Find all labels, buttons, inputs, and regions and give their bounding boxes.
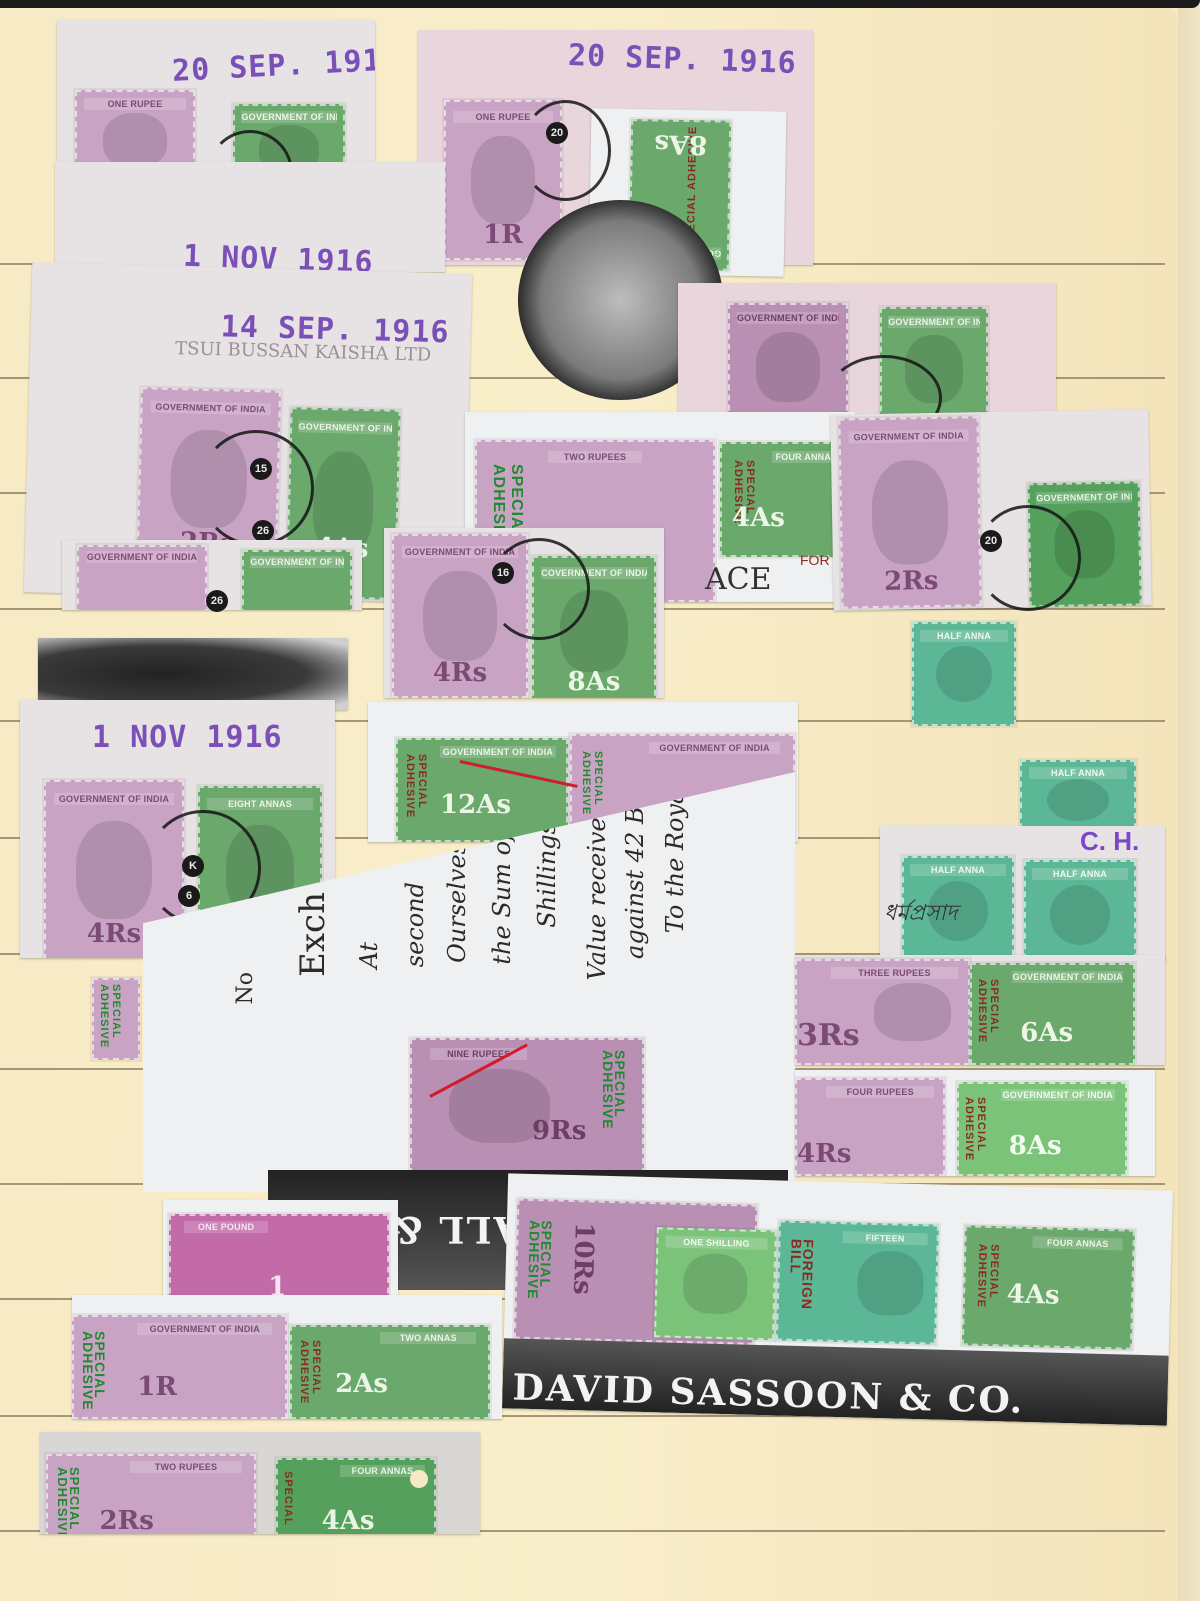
handstamp: C. H. bbox=[1080, 826, 1139, 857]
stamp-four-rupees: FOUR RUPEES 4Rs bbox=[795, 1078, 945, 1176]
stamp-nine-rupees: NINE RUPEES SPECIAL ADHESIVE 9Rs bbox=[410, 1038, 644, 1174]
stamp-four-annas: GOVERNMENT OF INDIA bbox=[242, 550, 352, 610]
document-piece: SPECIAL ADHESIVE 10Rs ONE SHILLING FIFTE… bbox=[502, 1173, 1173, 1425]
cancel-number: 6 bbox=[178, 885, 200, 907]
document-piece: TWO RUPEES SPECIAL ADHESIVE 2Rs FOUR ANN… bbox=[40, 1432, 480, 1534]
cancel-number: K bbox=[182, 855, 204, 877]
document-piece: GOVERNMENT OF INDIA SPECIAL ADHESIVE 1R … bbox=[72, 1295, 502, 1419]
stamp-half-anna: HALF ANNA bbox=[912, 622, 1016, 726]
stamp-four-annas: FOUR ANNAS SPECIAL ADHESIVE 4As bbox=[962, 1225, 1135, 1349]
date-stamp: 20 SEP. 1916 bbox=[171, 42, 375, 89]
stamp-twelve-annas: GOVERNMENT OF INDIA SPECIAL ADHESIVE 12A… bbox=[396, 738, 568, 842]
stamp-special-adhesive: SPECIAL ADHESIVE bbox=[92, 978, 140, 1060]
stamp-six-annas: GOVERNMENT OF INDIA SPECIAL ADHESIVE 6As bbox=[970, 963, 1135, 1065]
postmark-cancel bbox=[975, 505, 1081, 611]
document-piece: 1 NOV 1916 bbox=[55, 162, 445, 272]
stamp-three-rupees: THREE RUPEES 3Rs bbox=[795, 959, 970, 1065]
stamp-two-rupees: GOVERNMENT OF INDIA 2Rs bbox=[838, 416, 981, 608]
document-piece: THREE RUPEES 3Rs GOVERNMENT OF INDIA SPE… bbox=[795, 955, 1165, 1065]
document-piece: ONE POUND 1 bbox=[163, 1200, 398, 1300]
stamp-two-annas-special-adhesive: TWO ANNAS SPECIAL ADHESIVE 2As bbox=[290, 1325, 490, 1419]
stamp-eight-annas: GOVERNMENT OF INDIA SPECIAL ADHESIVE 8As bbox=[957, 1082, 1127, 1176]
stamp-half-anna: HALF ANNA bbox=[1024, 860, 1136, 961]
stamp-one-rupee-special-adhesive: GOVERNMENT OF INDIA SPECIAL ADHESIVE 1R bbox=[72, 1315, 287, 1419]
postmark-cancel bbox=[488, 538, 590, 640]
stamp-one-shilling: ONE SHILLING bbox=[654, 1227, 777, 1340]
date-stamp: 20 SEP. 1916 bbox=[567, 38, 797, 81]
stamp-one-pound: ONE POUND 1 bbox=[169, 1214, 389, 1300]
stamp-rupees: GOVERNMENT OF INDIA bbox=[77, 545, 207, 610]
cancel-number: 16 bbox=[492, 562, 514, 584]
page-edge bbox=[1178, 0, 1200, 1601]
cancel-number: 20 bbox=[546, 122, 568, 144]
cancel-number: 15 bbox=[250, 458, 272, 480]
postmark-cancel bbox=[520, 100, 611, 201]
document-piece: HALF ANNA HALF ANNA C. H. ধর্মপ্রসাদ bbox=[880, 826, 1165, 961]
cancel-number: 20 bbox=[980, 530, 1002, 552]
document-piece: FOUR RUPEES 4Rs GOVERNMENT OF INDIA SPEC… bbox=[795, 1070, 1155, 1176]
date-stamp: 1 NOV 1916 bbox=[92, 720, 283, 755]
punch-hole bbox=[410, 1470, 428, 1488]
stamp-two-rupees-special-adhesive: TWO RUPEES SPECIAL ADHESIVE 2Rs bbox=[46, 1454, 256, 1534]
partial-text: ACE bbox=[705, 562, 772, 597]
cancel-number: 26 bbox=[206, 590, 228, 612]
signature: ধর্মপ্রসাদ bbox=[884, 896, 957, 933]
cancel-number: 26 bbox=[252, 520, 274, 542]
stamp-four-annas-special: FOUR ANNAS SPECIAL 4As bbox=[276, 1458, 436, 1534]
document-piece: 20 SEP. 1916 ONE RUPEE GOVERNMENT OF IND… bbox=[57, 20, 375, 180]
scan-border bbox=[0, 0, 1200, 8]
stamp-fifteen-shillings-foreign-bill: FIFTEEN FOREIGN BILL bbox=[776, 1220, 939, 1344]
